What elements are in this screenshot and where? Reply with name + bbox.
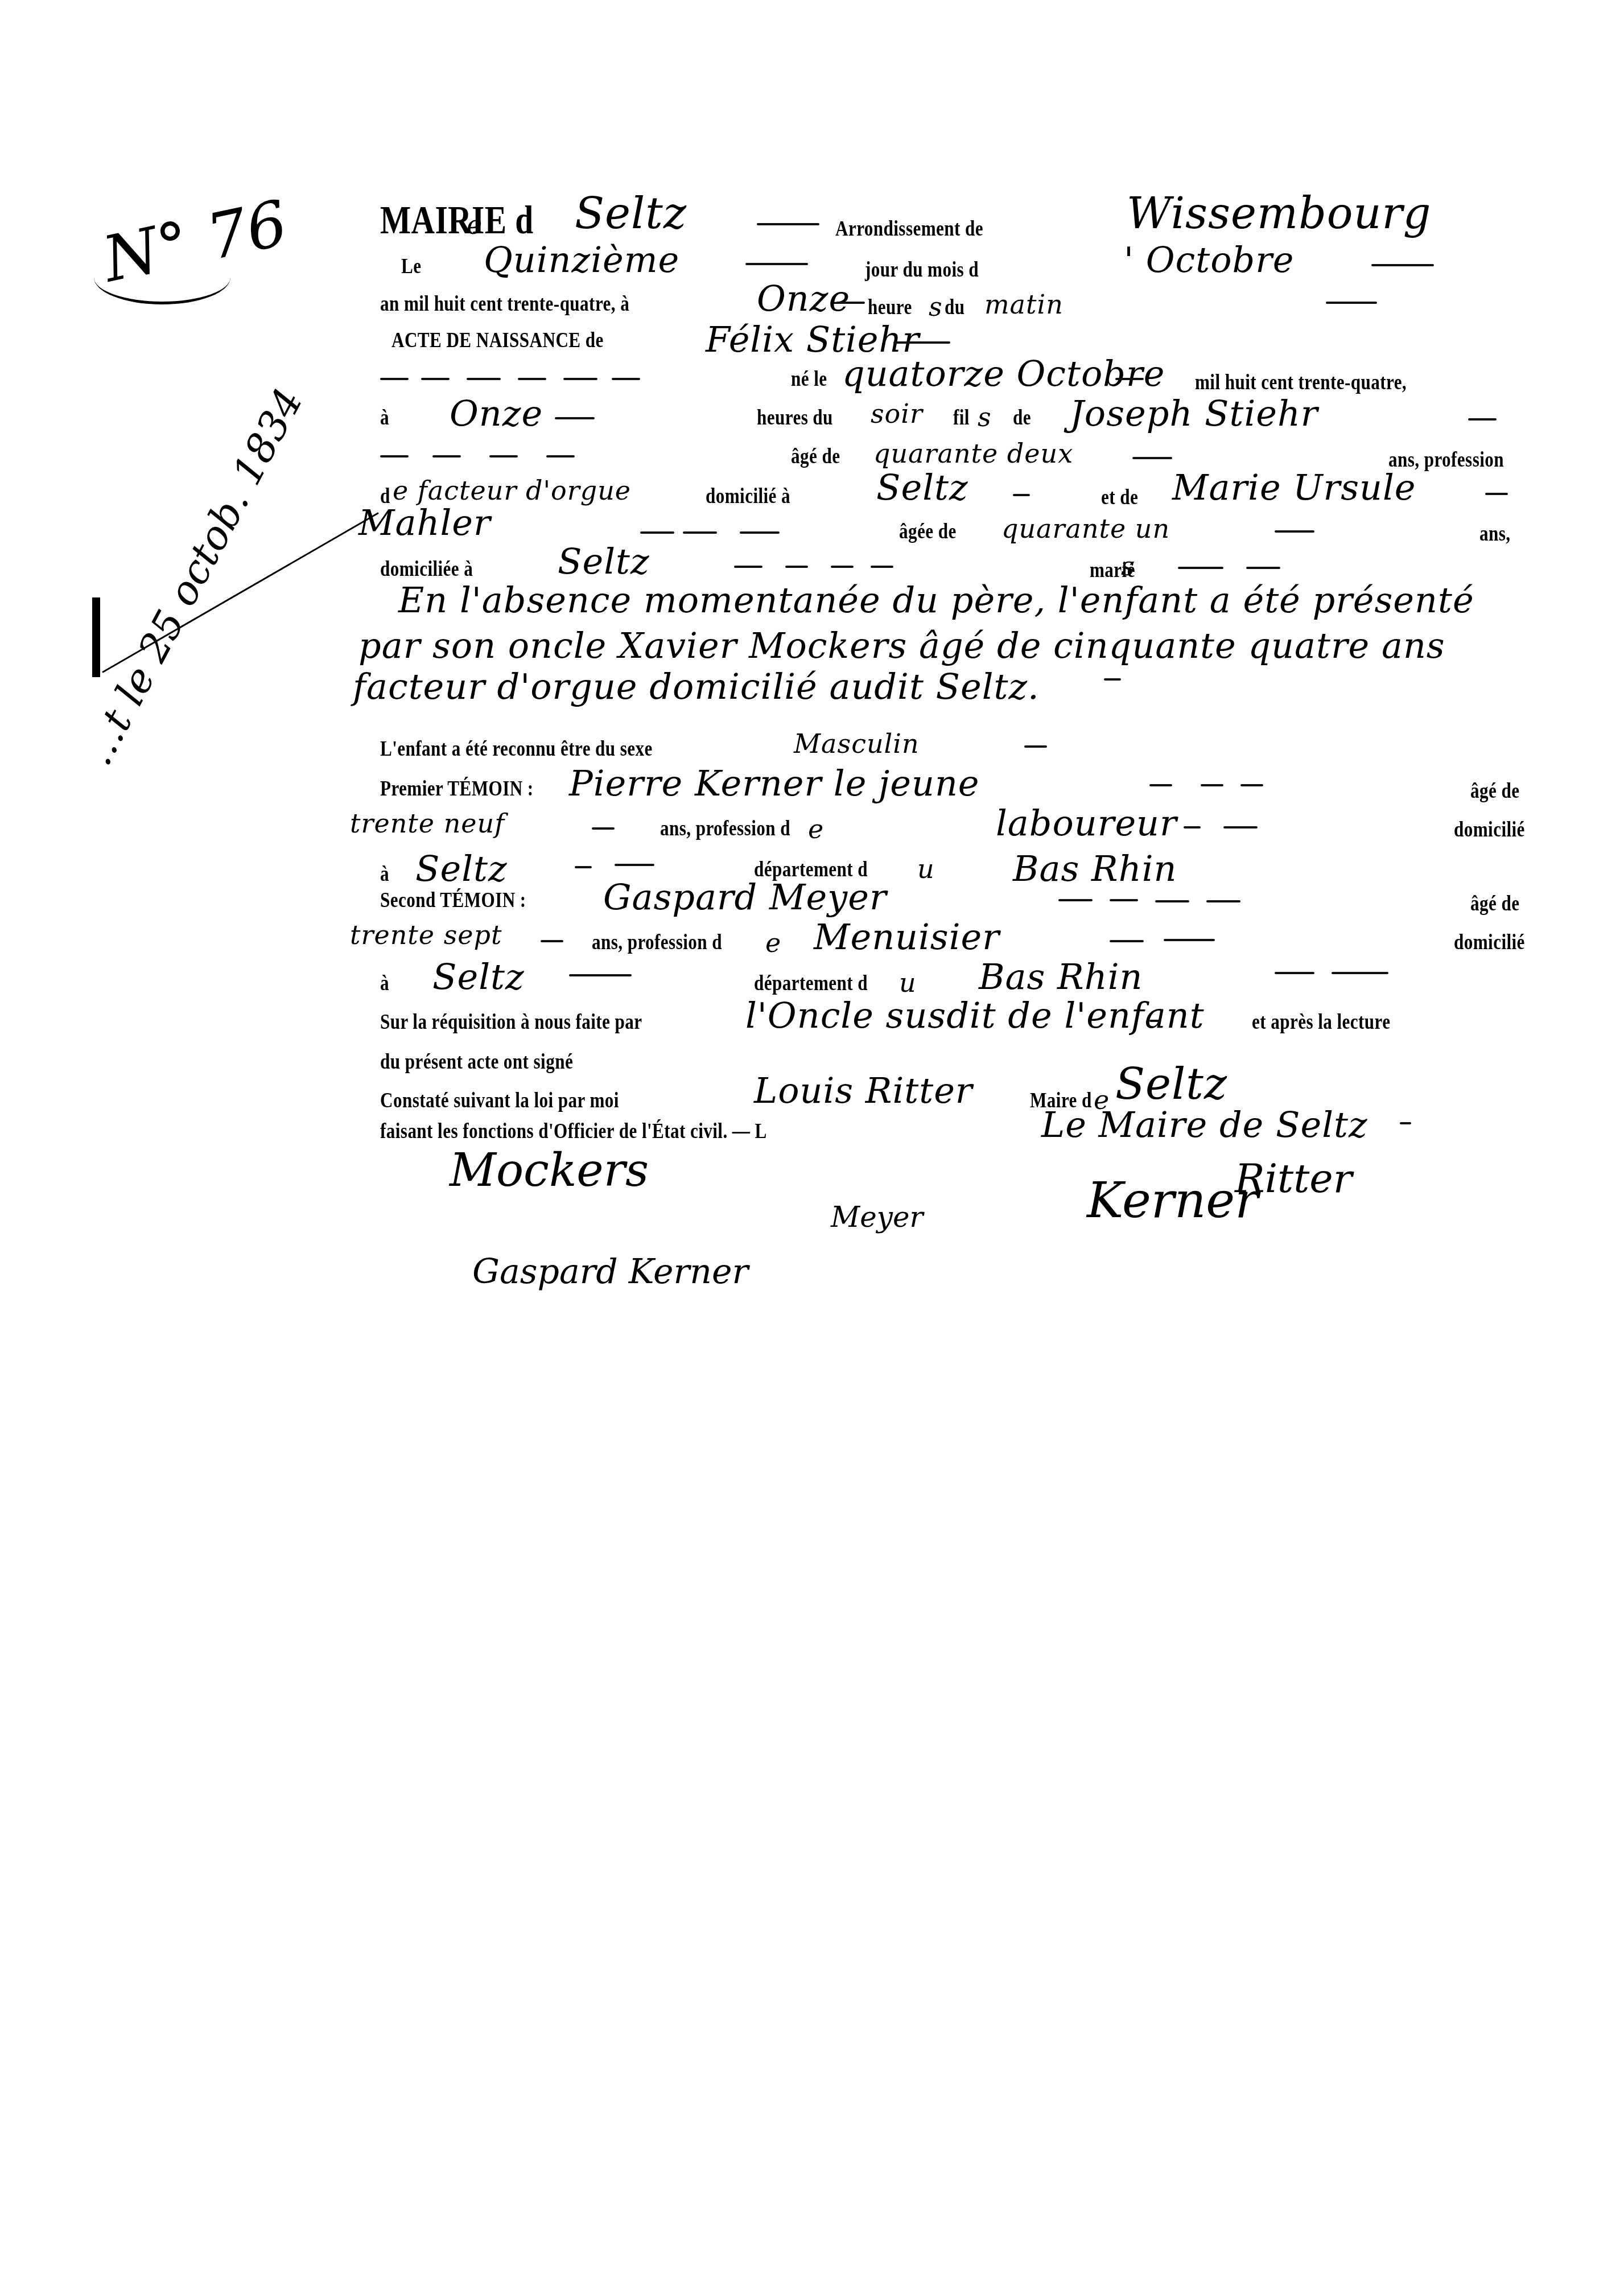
domicilie-a-label: domicilié à [706,484,790,509]
dash [745,263,808,265]
de-label: de [1013,405,1031,430]
father-profession: e facteur d'orgue [393,475,631,506]
premier-profession-label: ans, profession d [660,816,790,841]
father-age-label: âgé de [791,444,840,469]
mother-surname: Mahler [358,502,491,543]
dash [1201,784,1223,786]
dash [1275,530,1314,533]
second-departement-label: département d [754,971,868,996]
mairie-commune: Seltz [575,188,687,238]
birth-hour: Onze [450,393,543,434]
dash [916,341,950,344]
dash [592,827,615,830]
officier-etat-civil-label: faisant les fonctions d'Officier de l'Ét… [380,1119,767,1144]
dash [1371,264,1434,266]
dash [555,417,595,419]
dash [1024,745,1047,748]
absence-note-line-2: par son oncle Xavier Mockers âgé de cinq… [358,625,1445,666]
signature-gaspard: Gaspard Kerner [472,1252,748,1292]
dash [1240,784,1263,786]
dash [836,302,865,304]
dash [380,455,409,457]
dash [1058,899,1093,901]
dash [615,864,654,866]
period-value: matin [984,289,1064,320]
dash [734,566,762,568]
second-temoin-profession: Menuisier [814,916,1000,958]
du-label: du [945,295,964,320]
jour-mois-label: jour du mois d [865,257,979,282]
father-age: quarante deux [873,438,1073,469]
premier-departement-suffix: u [917,854,935,884]
father-name: Joseph Stiehr [1070,393,1318,434]
heure-label: heure [868,295,912,320]
dash [740,531,780,534]
premier-temoin-domicile: Seltz [415,848,508,889]
second-profession-suffix: e [765,928,781,958]
dash [1155,900,1189,902]
dash [612,378,640,380]
a-label: à [380,405,389,430]
dash [1400,1122,1411,1124]
premier-a-label: à [380,861,389,887]
dash [1275,972,1314,974]
dash [380,378,409,380]
hour-value: Onze [757,278,850,319]
dash [757,223,819,225]
premier-temoin-name: Pierre Kerner le jeune [569,762,980,804]
second-domicilie-label: domicilié [1454,930,1525,955]
constate-label: Constaté suivant la loi par moi [380,1088,619,1113]
dash [1184,826,1201,828]
signature-meyer: Meyer [831,1201,924,1234]
dash [1246,567,1280,569]
premier-profession-suffix: e [808,814,824,844]
ne-le-label: né le [791,366,827,391]
mother-first-name: Marie Ursule [1172,467,1416,508]
dash [785,566,808,568]
signature-mockers: Mockers [450,1144,649,1197]
dash [871,566,893,568]
et-de-label: et de [1101,485,1138,510]
dash [541,940,563,942]
dash [1178,567,1223,569]
birth-period: soir [871,398,923,429]
dash [1149,784,1172,786]
officer-name: Louis Ritter [754,1070,972,1111]
year-label: an mil huit cent trente-quatre, à [380,291,629,316]
second-age-label: âgé de [1470,891,1519,916]
dash [432,455,461,457]
dash [1206,900,1240,902]
dash [518,378,546,380]
mother-age: quarante un [1001,513,1170,544]
requisition-label: Sur la réquisition à nous faite par [380,1009,642,1034]
dash [1110,940,1144,942]
premier-domicilie-label: domicilié [1454,817,1525,842]
birth-date: quatorze Octobre [842,353,1165,394]
premier-temoin-label: Premier TÉMOIN : [380,776,534,801]
second-temoin-age: trente sept [350,920,502,950]
margin-underline-flourish [94,250,230,304]
margin-note: …t le 25 octob. 1834 [74,381,312,773]
premier-temoin-age: trente neuf [350,808,505,839]
maire-stamp-text: Le Maire de Seltz [1041,1104,1368,1145]
arrondissement-value: Wissembourg [1127,188,1431,238]
dash [563,378,597,380]
domiciliee-a-label: domiciliée à [380,557,473,582]
absence-note-line-1: En l'absence momentanée du père, l'enfan… [398,579,1474,621]
signe-label: du présent acte ont signé [380,1049,573,1074]
second-a-label: à [380,971,389,996]
birth-year-label: mil huit cent trente-quatre, [1195,370,1407,395]
dash [831,566,854,568]
margin-ink-bar [92,597,100,677]
signature-kerner: Kerner [1087,1172,1258,1229]
second-temoin-name: Gaspard Meyer [603,876,887,918]
dash [1013,494,1030,496]
apres-lecture-label: et après la lecture [1252,1009,1390,1034]
mother-age-label: âgée de [899,519,957,544]
dash [1132,457,1172,459]
premier-temoin-departement: Bas Rhin [1013,848,1177,889]
dash [546,455,575,457]
mairie-label: MAIRIE d [380,198,534,244]
ans-label: ans, [1479,521,1510,546]
mother-domicile: Seltz [558,541,650,582]
document-page: N° 76 …t le 25 octob. 1834 MAIRIE d e Se… [0,0,1624,2296]
dash [640,531,674,534]
dash [683,531,717,534]
dash [1104,678,1121,681]
premier-age-label: âgé de [1470,778,1519,803]
dash [1149,1020,1161,1022]
arrondissement-label: Arrondissement de [835,216,983,241]
signature-ritter: Ritter [1235,1155,1352,1202]
day-value: Quinzième [484,239,679,281]
dash [1164,939,1215,941]
second-profession-label: ans, profession d [592,930,722,955]
dash [467,378,501,380]
dash [1468,418,1497,421]
dash [421,378,450,380]
premier-temoin-profession: laboureur [996,802,1177,844]
sexe-label: L'enfant a été reconnu être du sexe [380,736,653,761]
marie-suffix: s [1121,551,1135,582]
absence-note-line-3: facteur d'orgue domicilié audit Seltz. [353,666,1040,707]
dash [575,866,592,868]
mairie-suffix: e [467,209,483,240]
father-domicile: Seltz [876,467,968,508]
dash [489,455,518,457]
second-temoin-departement: Bas Rhin [979,956,1143,997]
le-label: Le [401,254,421,279]
dash [1110,899,1138,901]
heure-plural: s [929,291,943,322]
requisition-value: l'Oncle susdit de l'enfant [745,995,1205,1036]
officer-commune: Seltz [1115,1058,1227,1109]
dash [1332,972,1388,974]
dash [1485,493,1508,495]
dash [1223,826,1258,828]
second-temoin-label: Second TÉMOIN : [380,888,526,913]
dash [1326,302,1377,304]
heures-du-label: heures du [757,405,833,430]
fil-suffix: s [978,402,992,432]
acte-naissance-label: ACTE DE NAISSANCE de [391,328,604,353]
month-value: ' Octobre [1124,239,1295,281]
dash [569,974,632,976]
second-departement-suffix: u [899,967,917,998]
dash [1115,378,1144,380]
fil-label: fil [953,405,970,430]
second-temoin-domicile: Seltz [432,956,525,997]
sexe-value: Masculin [794,728,920,759]
